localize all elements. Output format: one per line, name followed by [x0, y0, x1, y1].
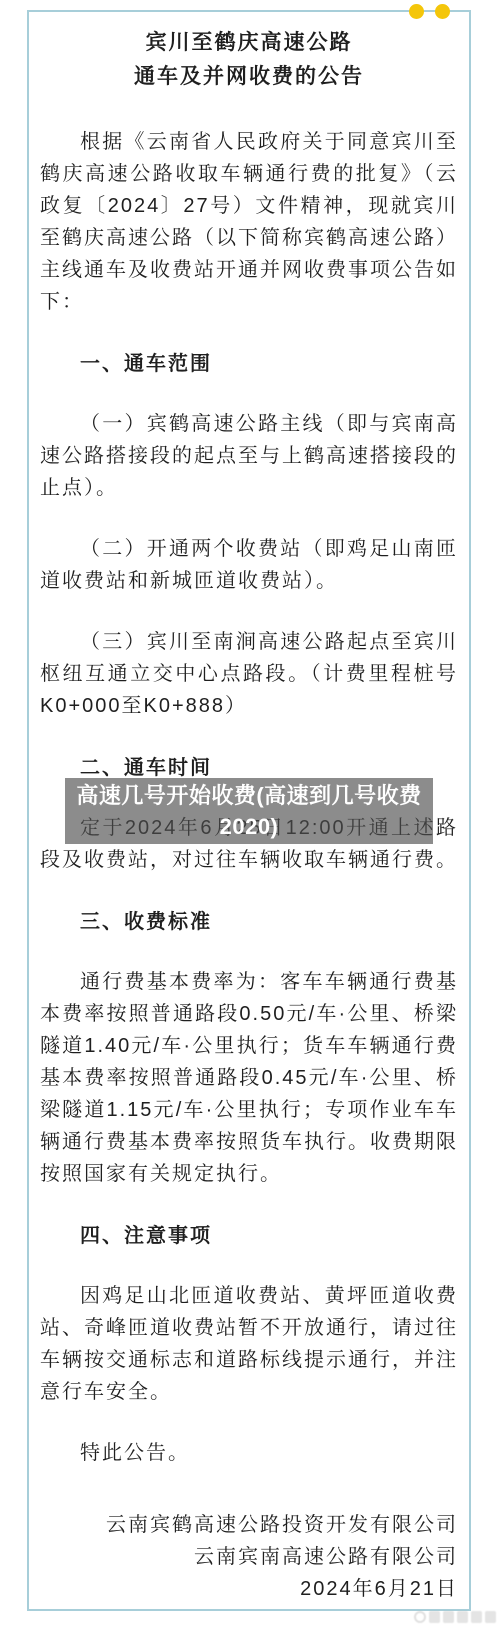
section-3-paragraph-1: 通行费基本费率为：客车车辆通行费基本费率按照普通路段0.50元/车·公里、桥梁隧…	[40, 966, 458, 1190]
section-2: 二、通车时间 定于2024年6月25日12:00开通上述路段及收费站，对过往车辆…	[40, 752, 458, 876]
section-1-heading: 一、通车范围	[40, 348, 458, 380]
signature-date: 2024年6月21日	[40, 1573, 458, 1605]
section-4-heading: 四、注意事项	[40, 1220, 458, 1252]
title-line-2: 通车及并网收费的公告	[40, 60, 458, 94]
section-1-paragraph-1: （一）宾鹤高速公路主线（即与宾南高速公路搭接段的起点至与上鹤高速搭接段的止点）。	[40, 408, 458, 504]
signature-company-2: 云南宾南高速公路有限公司	[40, 1541, 458, 1573]
signature-block: 云南宾鹤高速公路投资开发有限公司 云南宾南高速公路有限公司 2024年6月21日	[40, 1509, 458, 1605]
section-4-paragraph-1: 因鸡足山北匝道收费站、黄坪匝道收费站、奇峰匝道收费站暂不开放通行，请过往车辆按交…	[40, 1280, 458, 1408]
intro-paragraph: 根据《云南省人民政府关于同意宾川至鹤庆高速公路收取车辆通行费的批复》（云政复〔2…	[40, 126, 458, 318]
closing-paragraph: 特此公告。	[40, 1437, 458, 1469]
section-3-heading: 三、收费标准	[40, 906, 458, 938]
watermark	[414, 1611, 496, 1623]
announcement-body: 宾川至鹤庆高速公路 通车及并网收费的公告 根据《云南省人民政府关于同意宾川至鹤庆…	[0, 0, 500, 1605]
signature-company-1: 云南宾鹤高速公路投资开发有限公司	[40, 1509, 458, 1541]
section-1-paragraph-2: （二）开通两个收费站（即鸡足山南匝道收费站和新城匝道收费站）。	[40, 533, 458, 597]
title-line-1: 宾川至鹤庆高速公路	[40, 26, 458, 60]
watermark-logo-icon	[414, 1611, 426, 1623]
announcement-title: 宾川至鹤庆高速公路 通车及并网收费的公告	[40, 26, 458, 94]
section-1-paragraph-3: （三）宾川至南涧高速公路起点至宾川枢纽互通立交中心点路段。（计费里程桩号K0+0…	[40, 626, 458, 722]
caption-overlay-title: 高速几号开始收费(高速到几号收费2020)	[65, 778, 433, 844]
